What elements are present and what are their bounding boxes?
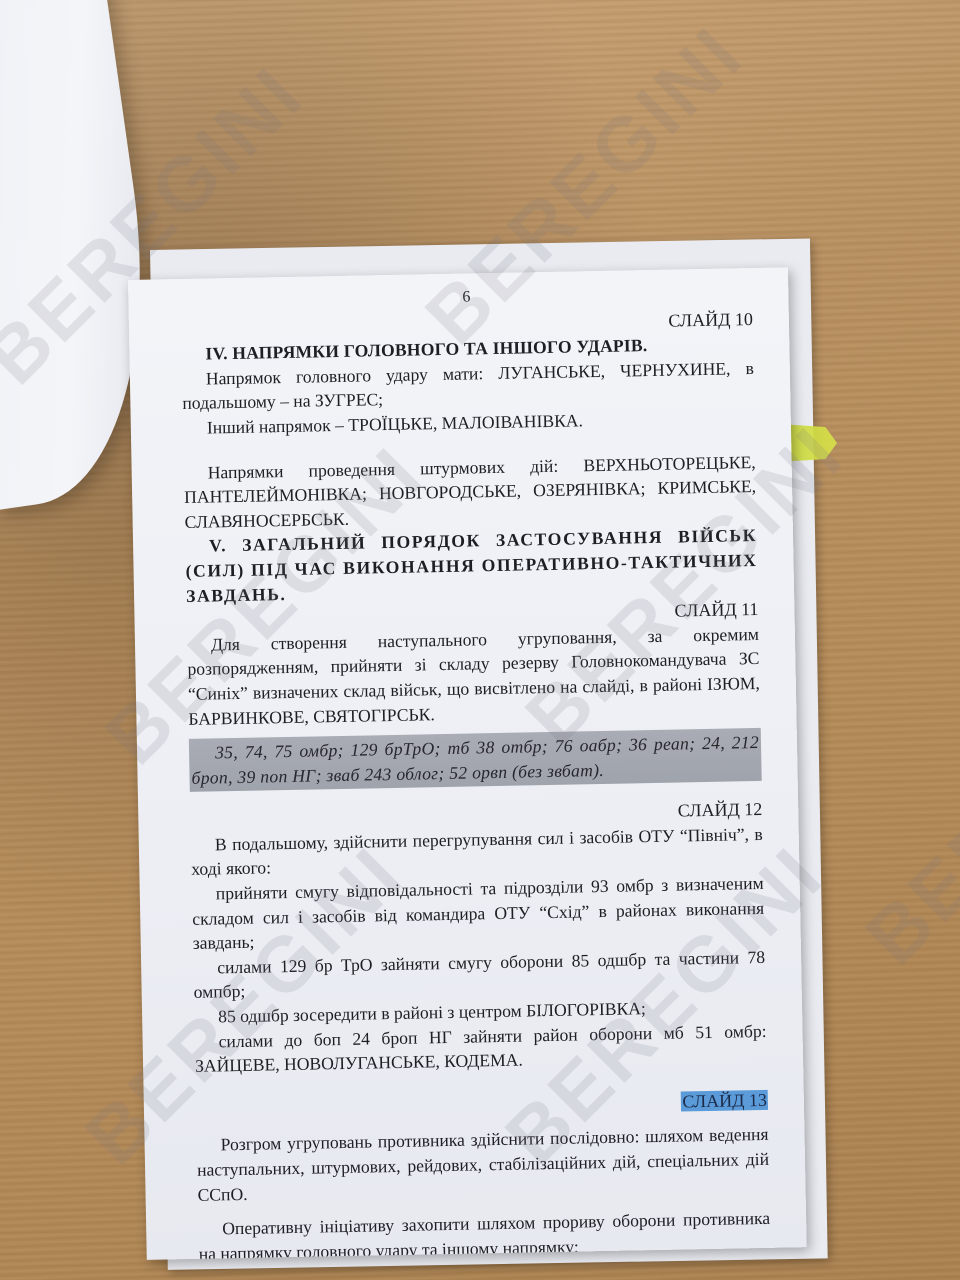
document-page: 6 СЛАЙД 10 IV. НАПРЯМКИ ГОЛОВНОГО ТА ІНШ…: [128, 267, 807, 1259]
watermark: BEREGINI: [848, 629, 960, 983]
page-content: 6 СЛАЙД 10 IV. НАПРЯМКИ ГОЛОВНОГО ТА ІНШ…: [180, 280, 771, 1260]
slide-13-highlighted-text: СЛАЙД 13: [681, 1090, 768, 1112]
units-highlight-box: 35, 74, 75 омбр; 129 брТрО; тб 38 отбр; …: [189, 728, 762, 792]
defeat-paragraph: Розгром угруповань противника здійснити …: [196, 1122, 769, 1207]
section-heading-v: V. ЗАГАЛЬНИЙ ПОРЯДОК ЗАСТОСУВАННЯ ВІЙСЬК…: [185, 523, 758, 608]
regroup-item: прийняти смугу відповідальності та підро…: [192, 871, 765, 956]
offensive-group-paragraph: Для створення наступального угруповання,…: [187, 622, 761, 731]
assault-directions-paragraph: Напрямки проведення штурмових дій: ВЕРХН…: [183, 450, 756, 535]
units-list: 35, 74, 75 омбр; 129 брТрО; тб 38 отбр; …: [191, 730, 760, 790]
